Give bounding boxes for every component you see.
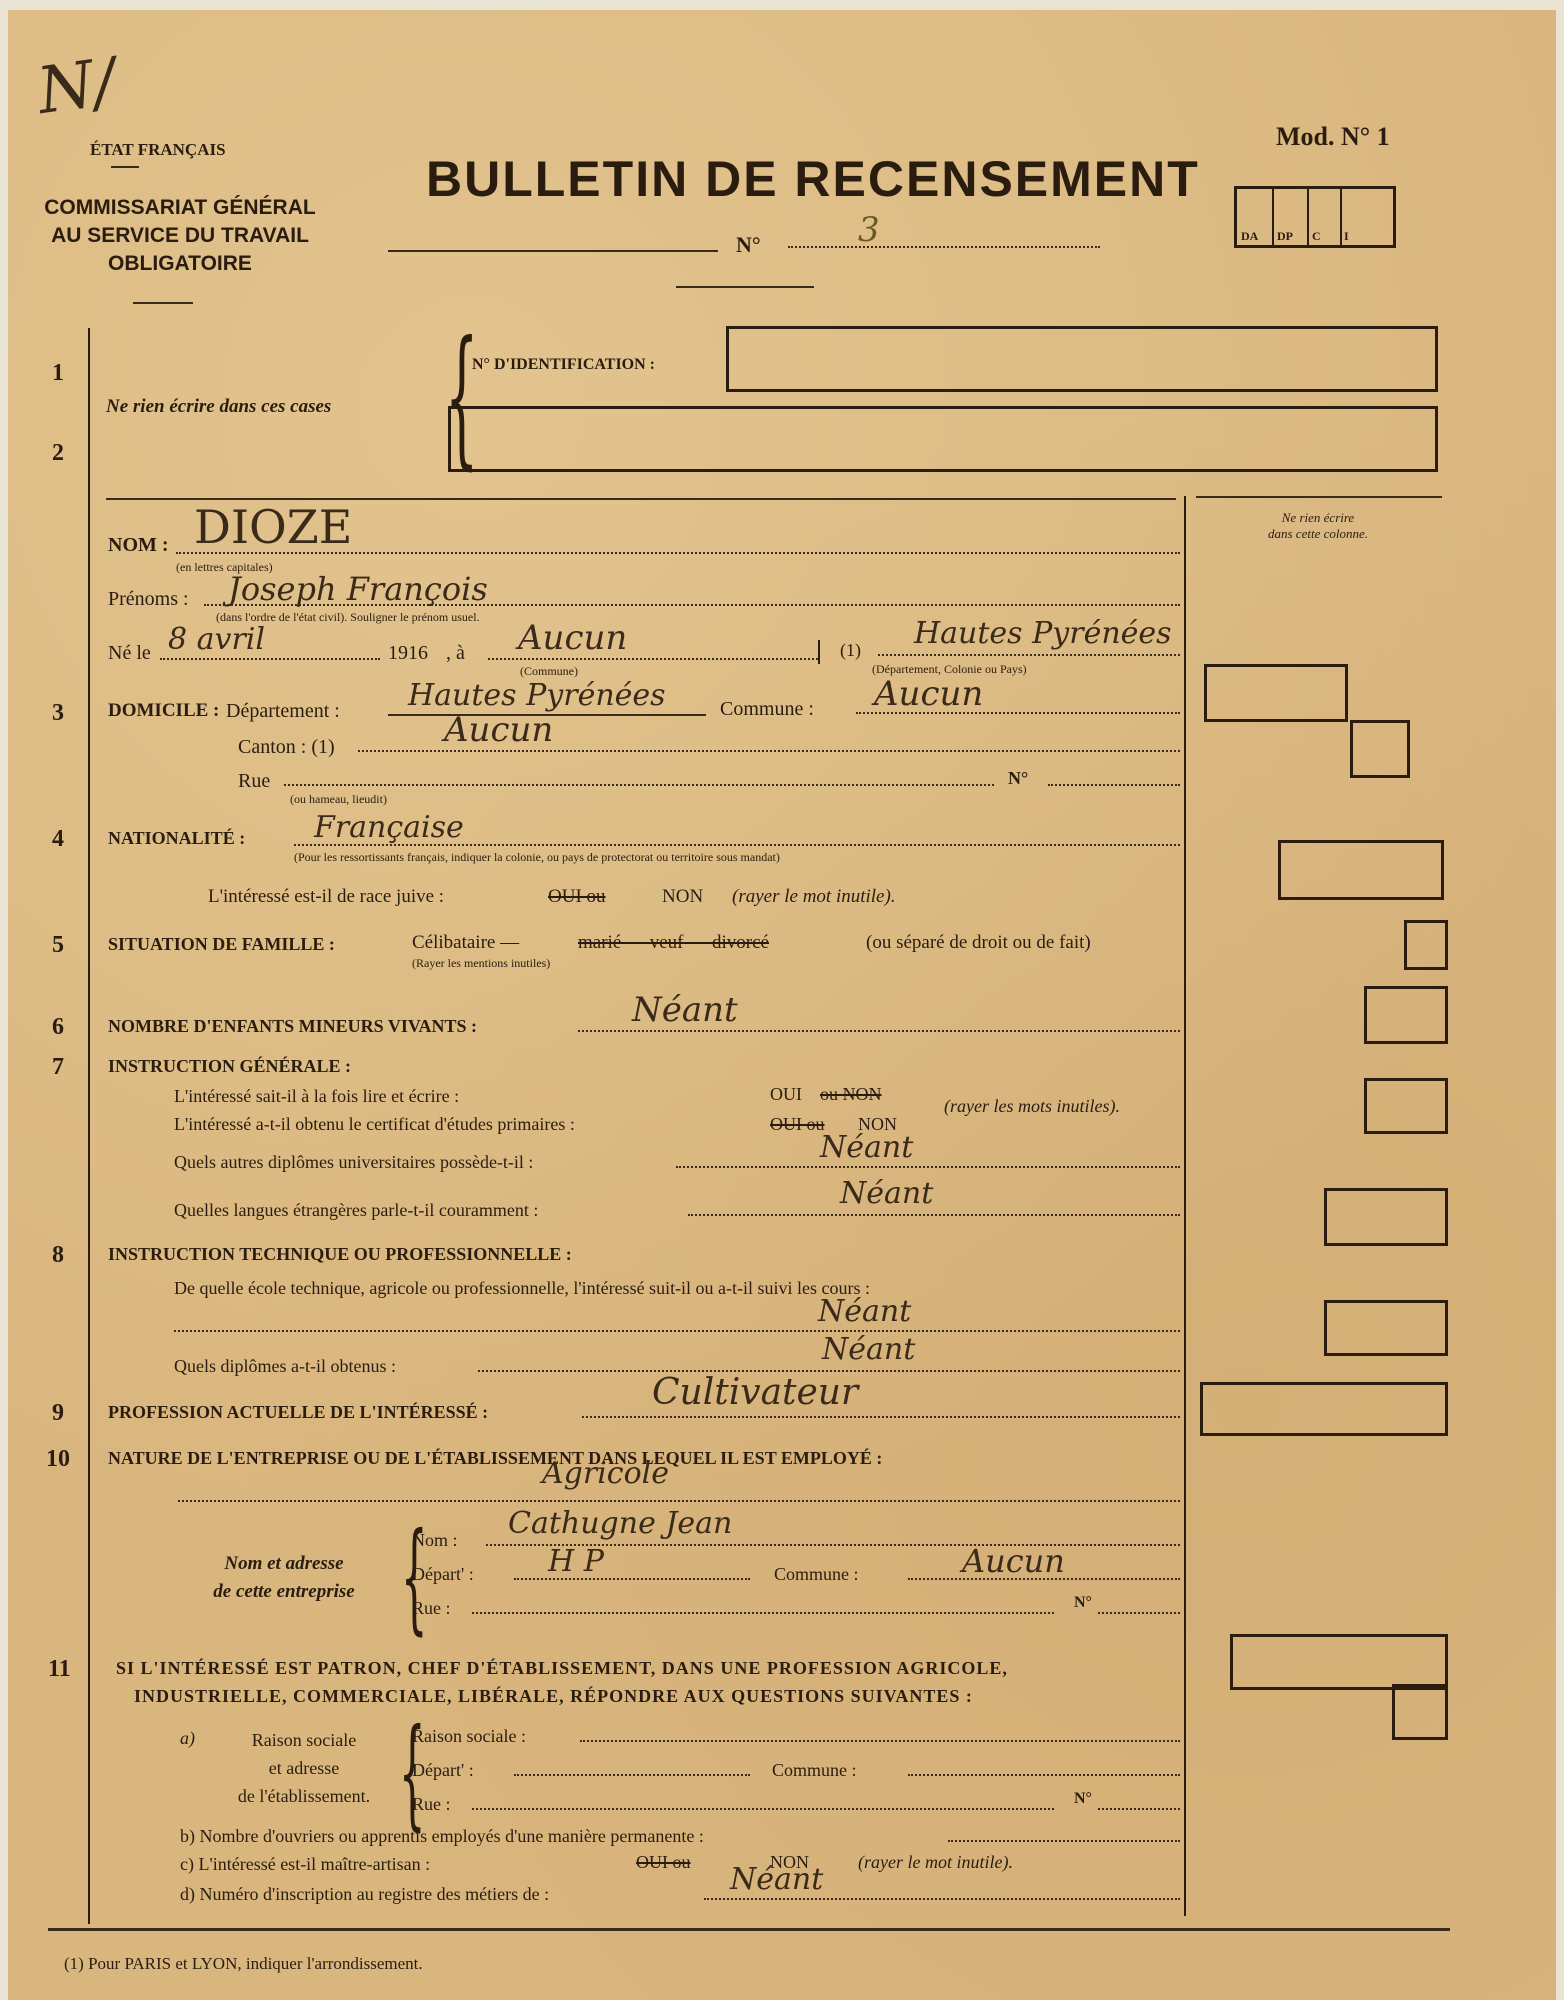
employer-block-label: Nom et adresse de cette entreprise [184,1550,384,1606]
domicile-code-box [1204,664,1348,722]
employer-rue-label: Rue : [412,1598,451,1619]
row-number-9: 9 [52,1400,64,1427]
owner-a-label-2: et adresse [204,1754,404,1782]
nationality-value[interactable]: Française [314,810,464,845]
employer-commune-value[interactable]: Aucun [962,1542,1065,1580]
corner-handwritten-mark: N/ [33,45,120,129]
owner-b-question: b) Nombre d'ouvriers ou apprentis employ… [180,1826,704,1847]
number-label: N° [736,232,761,258]
literacy-question: L'intéressé sait-il à la fois lire et éc… [174,1086,459,1107]
employer-commune-label: Commune : [774,1564,859,1585]
code-dp: DP [1277,229,1293,244]
general-education-label: INSTRUCTION GÉNÉRALE : [108,1056,351,1077]
jewish-struck-option: OUI ou [548,886,606,908]
employer-no-label: N° [1074,1594,1092,1612]
owner-c-struck: OUI ou [636,1852,691,1873]
tech-diplomas-question: Quels diplômes a-t-il obtenus : [174,1356,396,1377]
census-form-page: N/ ÉTAT FRANÇAIS COMMISSARIAT GÉNÉRAL AU… [8,10,1556,2000]
owner-c-instruction: (rayer le mot inutile). [858,1852,1013,1873]
technical-education-label: INSTRUCTION TECHNIQUE OU PROFESSIONNELLE… [108,1244,572,1265]
profession-value[interactable]: Cultivateur [652,1372,858,1413]
row-number-6: 6 [52,1014,64,1041]
employer-dept-label: Départ' : [412,1564,474,1585]
owner-code-box-2 [1392,1684,1448,1740]
rue-label: Rue [238,770,270,793]
domicile-label: DOMICILE : [108,700,219,722]
nationality-code-box [1278,840,1444,900]
footnote: (1) Pour PARIS et LYON, indiquer l'arron… [64,1954,423,1974]
languages-value[interactable]: Néant [840,1176,933,1211]
employer-label: NATURE DE L'ENTREPRISE OU DE L'ÉTABLISSE… [108,1448,882,1469]
literacy-struck: ou NON [820,1084,882,1105]
employer-block-label-2: de cette entreprise [184,1578,384,1606]
family-label: SITUATION DE FAMILLE : [108,934,335,955]
owner-label-1: SI L'INTÉRESSÉ EST PATRON, CHEF D'ÉTABLI… [116,1658,1008,1679]
birth-place-value[interactable]: Aucun [518,618,627,658]
employer-nature-value[interactable]: Agricole [542,1456,669,1491]
tech-diplomas-value[interactable]: Néant [822,1332,915,1367]
id-number-box [726,326,1438,392]
nationality-label: NATIONALITÉ : [108,828,245,849]
row-number-5: 5 [52,932,64,959]
prenoms-value[interactable]: Joseph François [228,570,488,608]
jewish-question: L'intéressé est-il de race juive : [208,886,444,908]
employer-name-value[interactable]: Cathugne Jean [508,1506,732,1541]
bulletin-number-value[interactable]: 3 [858,210,880,250]
domicile-code-box-2 [1350,720,1410,778]
owner-rue-label: Rue : [412,1794,451,1815]
row-number-2: 2 [52,440,64,467]
issuer-line-4: OBLIGATOIRE [40,250,320,278]
nationality-hint: (Pour les ressortissants français, indiq… [294,850,780,865]
owner-label-2: INDUSTRIELLE, COMMERCIALE, LIBÉRALE, RÉP… [134,1686,973,1707]
row-number-8: 8 [52,1242,64,1269]
code-box: DA DP C I [1234,186,1396,248]
column-note-line-1: Ne rien écrire [1198,510,1438,526]
id-label: N° D'IDENTIFICATION : [472,356,655,374]
family-suffix: (ou séparé de droit ou de fait) [866,932,1091,954]
general-education-instruction: (rayer les mots inutiles). [944,1096,1120,1117]
children-code-box [1364,986,1448,1044]
technical-code-box [1324,1300,1448,1356]
owner-a-marker: a) [180,1728,195,1749]
canton-label: Canton : (1) [238,736,335,759]
owner-d-question: d) Numéro d'inscription au registre des … [180,1884,549,1905]
certificate-struck: OUI ou [770,1114,825,1135]
rue-hint: (ou hameau, lieudit) [290,792,387,807]
issuer-line-3: AU SERVICE DU TRAVAIL [40,222,320,250]
other-diplomas-value[interactable]: Néant [820,1130,913,1165]
birth-place-label: , à [446,642,465,665]
languages-question: Quelles langues étrangères parle-t-il co… [174,1200,538,1221]
row-number-1: 1 [52,360,64,387]
model-number: Mod. N° 1 [1276,122,1390,152]
code-i: I [1344,229,1349,244]
ne-le-label: Né le [108,642,151,665]
issuer-line-2: COMMISSARIAT GÉNÉRAL [40,194,320,222]
birth-place-hint: (Commune) [520,664,578,679]
children-value[interactable]: Néant [632,990,738,1030]
column-note: Ne rien écrire dans cette colonne. [1198,510,1438,542]
admin-note: Ne rien écrire dans ces cases [106,396,331,418]
literacy-kept: OUI [770,1084,802,1105]
other-diplomas-question: Quels autres diplômes universitaires pos… [174,1152,533,1173]
profession-code-box [1200,1382,1448,1436]
dept-ref: (1) [840,640,861,661]
owner-c-question: c) L'intéressé est-il maître-artisan : [180,1854,430,1875]
literacy-code-box [1364,1078,1448,1134]
education-code-box [1324,1188,1448,1246]
domicile-dept-label: Département : [226,700,340,723]
owner-a-label: Raison sociale et adresse de l'établisse… [204,1726,404,1810]
prenoms-label: Prénoms : [108,588,189,611]
id-grid-box [448,406,1438,472]
family-kept: Célibataire — [412,932,519,954]
row-number-11: 11 [48,1656,71,1683]
family-hint: (Rayer les mentions inutiles) [412,956,550,971]
birth-year-value[interactable]: 1916 [388,642,428,665]
canton-value[interactable]: Aucun [444,710,553,750]
row-number-10: 10 [46,1446,70,1473]
domicile-commune-value[interactable]: Aucun [874,674,983,714]
family-code-box [1404,920,1448,970]
owner-no-label: N° [1074,1790,1092,1808]
birth-dept-value[interactable]: Hautes Pyrénées [914,616,1172,651]
issuer-etat-francais: ÉTAT FRANÇAIS [90,140,226,160]
row-number-4: 4 [52,826,64,853]
raison-sociale-label: Raison sociale : [412,1726,526,1747]
certificate-question: L'intéressé a-t-il obtenu le certificat … [174,1114,575,1135]
employer-block-label-1: Nom et adresse [184,1550,384,1578]
column-note-line-2: dans cette colonne. [1198,526,1438,542]
row-number-7: 7 [52,1054,64,1081]
domicile-commune-label: Commune : [720,698,814,721]
profession-label: PROFESSION ACTUELLE DE L'INTÉRESSÉ : [108,1402,488,1423]
school-value[interactable]: Néant [818,1294,911,1329]
family-struck: marié — veuf — divorcé [578,932,769,954]
code-da: DA [1241,229,1258,244]
employer-name-label: Nom : [412,1530,458,1551]
owner-d-value[interactable]: Néant [730,1862,823,1897]
row-number-3: 3 [52,700,64,727]
nom-label: NOM : [108,534,169,557]
employer-dept-value[interactable]: H P [548,1544,604,1579]
school-question: De quelle école technique, agricole ou p… [174,1278,870,1299]
children-label: NOMBRE D'ENFANTS MINEURS VIVANTS : [108,1016,477,1037]
owner-dept-label: Départ' : [412,1760,474,1781]
owner-a-label-1: Raison sociale [204,1726,404,1754]
birth-date-value[interactable]: 8 avril [168,622,265,657]
domicile-no-label: N° [1008,768,1028,789]
code-c: C [1312,229,1321,244]
owner-code-box [1230,1634,1448,1690]
jewish-instruction: (rayer le mot inutile). [732,886,896,908]
nom-value[interactable]: DIOZE [194,500,352,554]
issuer-block: COMMISSARIAT GÉNÉRAL AU SERVICE DU TRAVA… [40,194,320,278]
owner-commune-label: Commune : [772,1760,857,1781]
page-title: BULLETIN DE RECENSEMENT [426,150,1200,208]
jewish-kept-option: NON [662,886,703,908]
domicile-dept-value[interactable]: Hautes Pyrénées [408,678,666,713]
owner-a-label-3: de l'établissement. [204,1782,404,1810]
